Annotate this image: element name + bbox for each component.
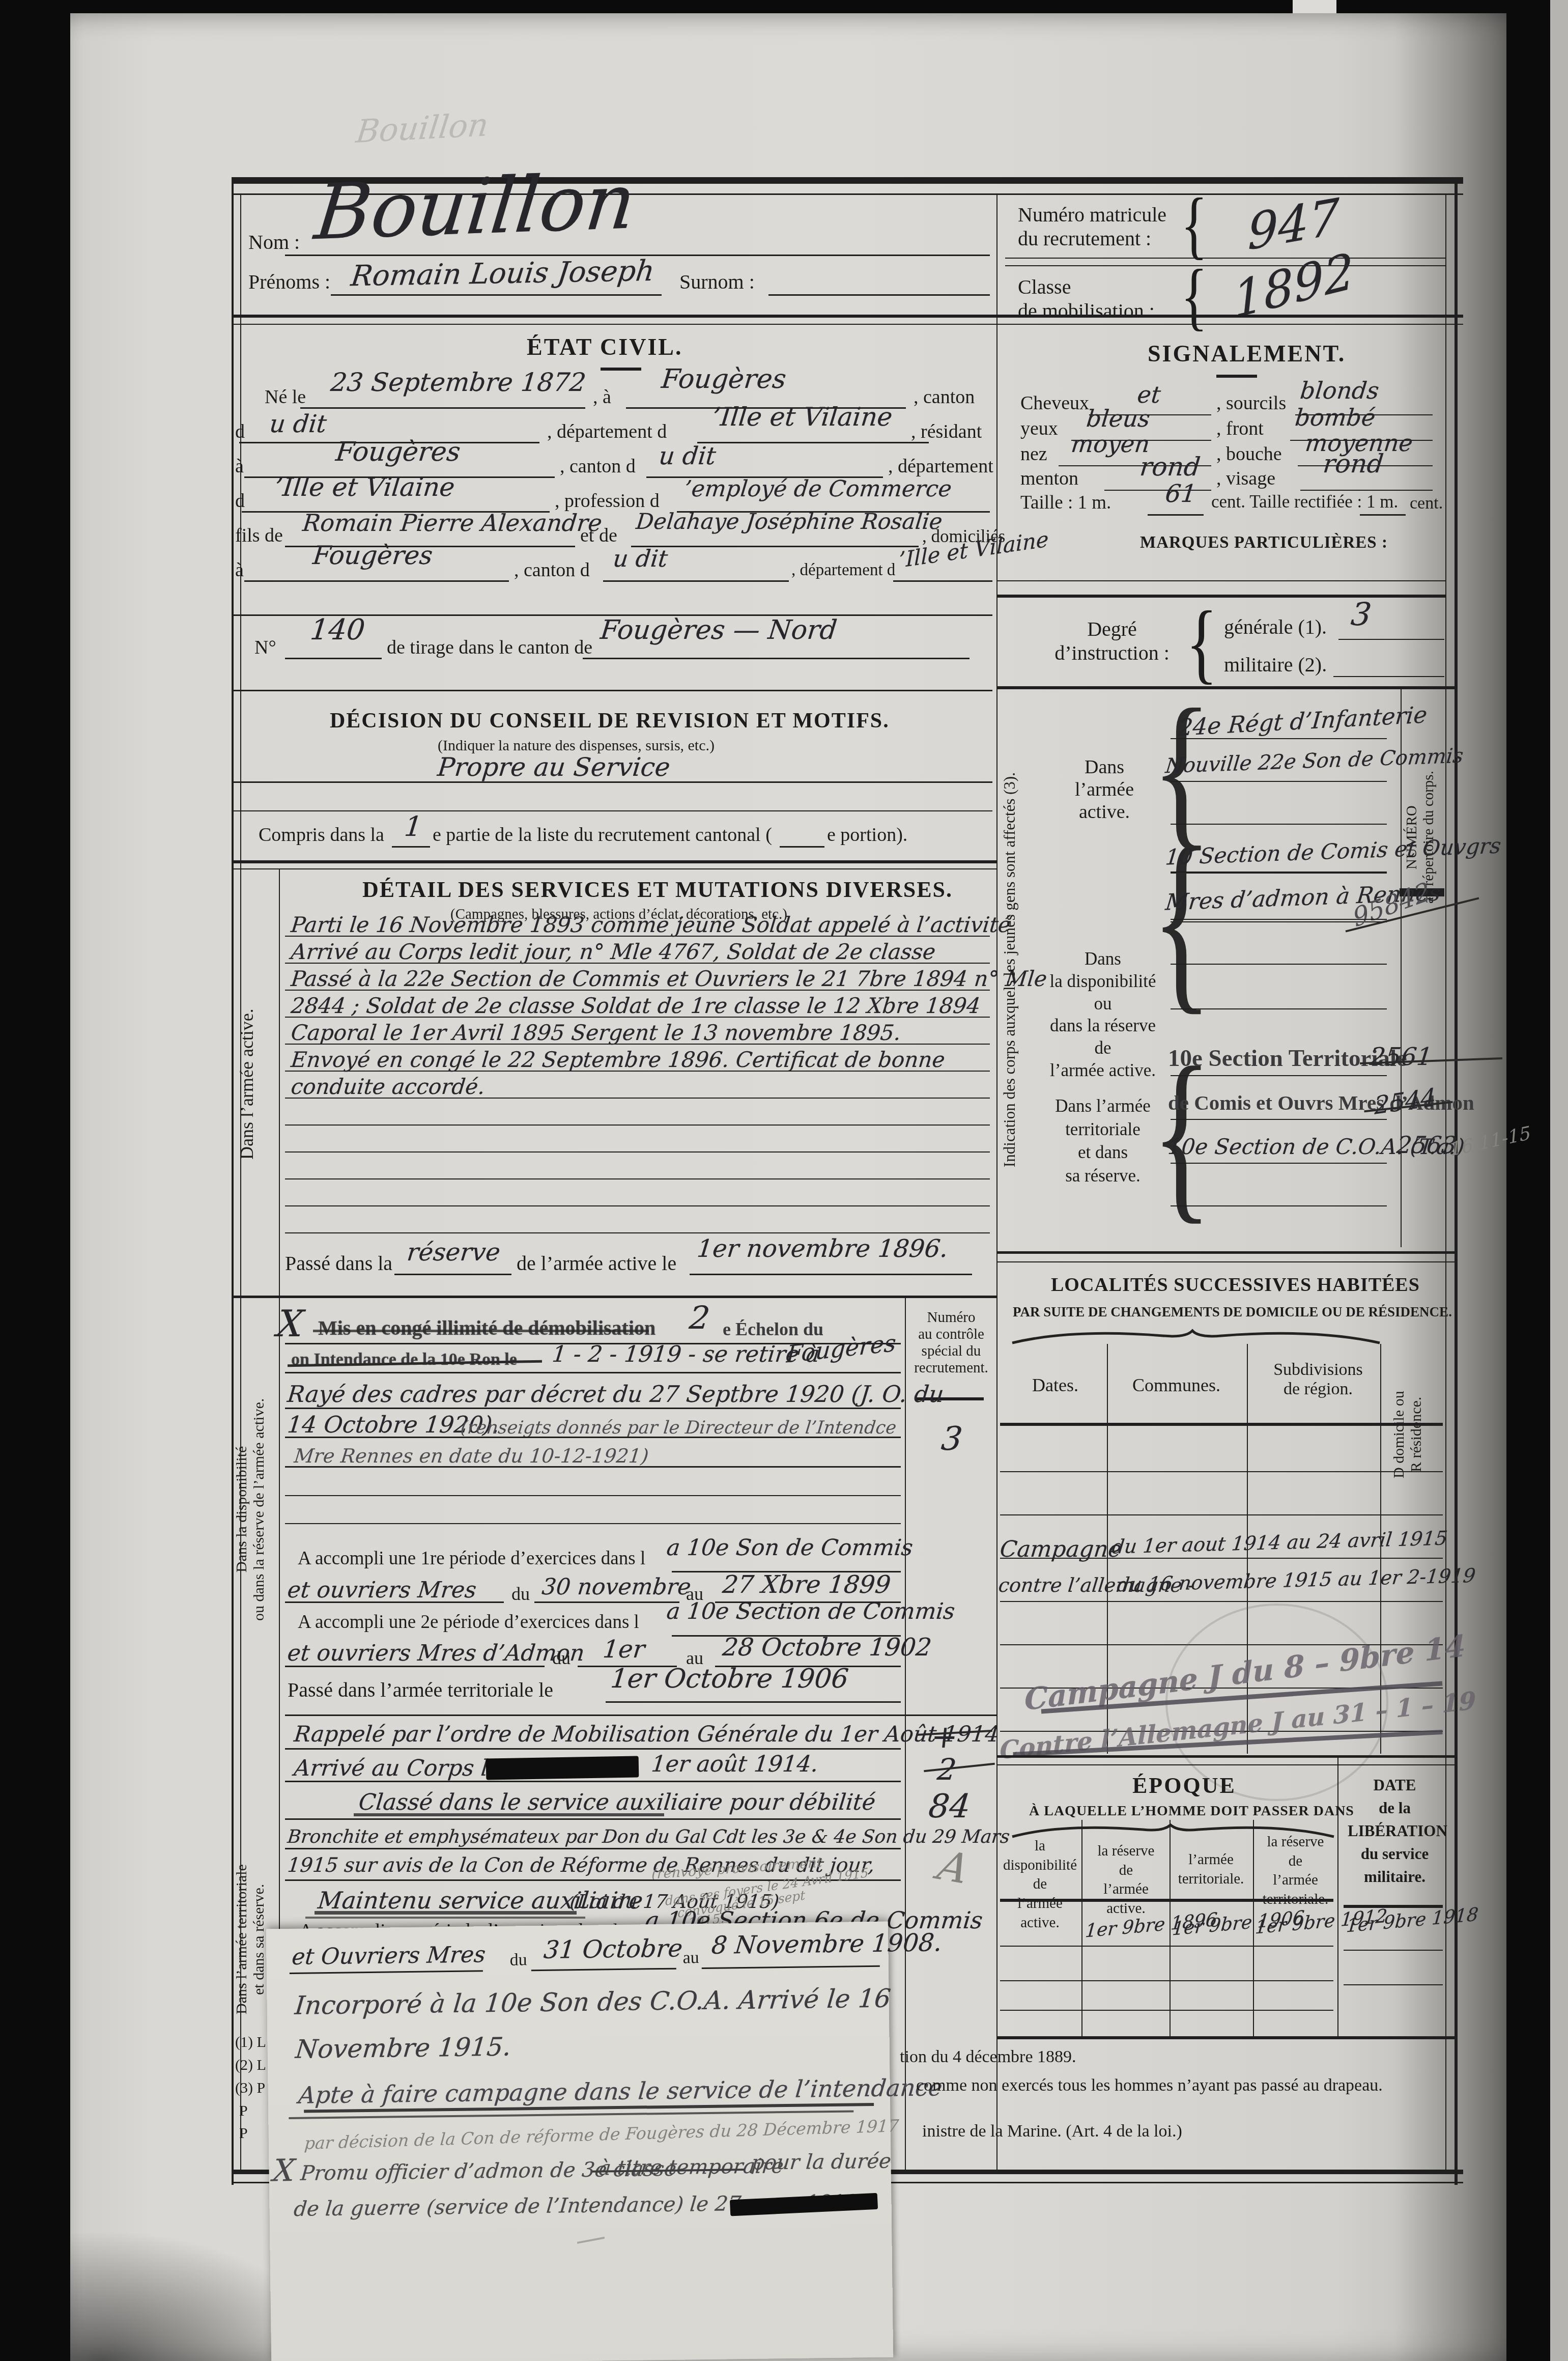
col-communes: Communes. bbox=[1132, 1374, 1220, 1396]
nez-value: moyen bbox=[1070, 430, 1151, 458]
raye-note2: Mre Rennes en date du 10-12-1921) bbox=[293, 1445, 650, 1467]
rule bbox=[285, 1178, 990, 1179]
sidebar-disponibilite: Dans la disponibilité ou dans la réserve… bbox=[233, 1313, 277, 1705]
du-label: du bbox=[509, 1950, 527, 1970]
dept-label: , département bbox=[888, 455, 993, 477]
main-divider bbox=[996, 325, 997, 2170]
classe-brace: { bbox=[1181, 252, 1208, 340]
passe-reserve-label: Passé dans la bbox=[285, 1251, 392, 1275]
rule bbox=[1171, 738, 1387, 739]
et-de-label: et de bbox=[580, 524, 617, 547]
nom-value: Bouillon bbox=[311, 157, 640, 258]
epoque-col1-label: la disponibilité de l’armée active. bbox=[1001, 1837, 1079, 1932]
rule bbox=[285, 658, 382, 659]
nez-label: nez bbox=[1020, 443, 1047, 465]
section-rule-thin bbox=[233, 868, 996, 869]
service-entry: Arrivé au Corps ledit jour, n° Mle 4767,… bbox=[290, 939, 936, 964]
etat-civil-title: ÉTAT CIVIL. bbox=[527, 333, 683, 360]
dept-label: , département d bbox=[547, 420, 667, 443]
periode2-label: A accompli une 2e période d’exercices da… bbox=[298, 1611, 639, 1633]
ne-le-label: Né le bbox=[265, 386, 306, 408]
rule bbox=[285, 1781, 901, 1782]
sourcils-label: , sourcils bbox=[1216, 392, 1286, 414]
service-entry: Parti le 16 Novembre 1893 comme jeune So… bbox=[290, 912, 1012, 937]
slip-line2: Incorporé à la 10e Son des C.O.A. Arrivé… bbox=[294, 1983, 892, 2020]
title-dash bbox=[1216, 375, 1257, 378]
rule bbox=[1000, 1980, 1333, 1981]
rule bbox=[285, 1818, 901, 1820]
section-rule-thick bbox=[233, 1296, 996, 1298]
armee-active-label: Dans l’armée active. bbox=[1048, 756, 1160, 823]
bouche-label: , bouche bbox=[1216, 443, 1282, 465]
footnote-left: (2) L bbox=[235, 2057, 266, 2074]
a-value: Fougères bbox=[334, 437, 462, 467]
periode2-value: a 10e Section de Commis bbox=[665, 1598, 956, 1624]
periode1-date1: 30 novembre bbox=[540, 1574, 692, 1600]
rule bbox=[285, 1495, 901, 1496]
rule-thick bbox=[997, 2036, 1455, 2039]
compris-label: Compris dans la bbox=[259, 824, 384, 846]
rule bbox=[893, 580, 992, 582]
disponibilite-label: Dans la disponibilité ou dans la réserve… bbox=[1044, 948, 1161, 1082]
front-label: , front bbox=[1216, 417, 1264, 440]
dept-value: ’Ille et Vilaine bbox=[711, 402, 894, 432]
periode1-date2: 27 Xbre 1899 bbox=[721, 1570, 892, 1599]
demob-stamp: Mis en congé illimité de démobilisation bbox=[318, 1316, 655, 1340]
rule bbox=[631, 546, 919, 547]
profession-value: ’employé de Commerce bbox=[683, 476, 953, 502]
intendance-stamp: on Intendance de la 10e Ron le bbox=[291, 1350, 517, 1369]
a-label: à bbox=[235, 559, 244, 581]
footnote-left: P bbox=[239, 2102, 248, 2120]
scanned-document: Bouillon Nom : Bouillon Prénoms : Romain… bbox=[0, 0, 1568, 2361]
page-top-notch bbox=[1293, 0, 1336, 13]
d-value: ’Ille et Vilaine bbox=[273, 472, 457, 502]
echelon-value: 2 bbox=[688, 1299, 711, 1336]
yeux-value: bleus bbox=[1085, 405, 1151, 432]
periode1-value: a 10e Son de Commis bbox=[665, 1535, 914, 1561]
tirage-label: de tirage dans le canton de bbox=[387, 636, 592, 659]
rule-thick bbox=[1344, 1905, 1443, 1908]
rule bbox=[1171, 1008, 1387, 1009]
rule bbox=[1344, 1984, 1443, 1985]
rule bbox=[997, 580, 1445, 581]
rule bbox=[285, 1232, 990, 1233]
rule bbox=[285, 1437, 901, 1438]
rule bbox=[331, 294, 662, 296]
col-divider bbox=[1081, 1820, 1082, 2037]
rule bbox=[290, 1970, 483, 1974]
rule bbox=[285, 1151, 990, 1153]
periode2-date1: 1er bbox=[602, 1635, 646, 1664]
taille-value: 61 bbox=[1164, 480, 1198, 508]
rule bbox=[285, 1601, 504, 1603]
campagne-label: Campagne bbox=[999, 1536, 1123, 1562]
rule bbox=[285, 1125, 990, 1126]
x-mark: X bbox=[275, 1302, 306, 1345]
territoriale-num1-struck: 2561 bbox=[1369, 1043, 1434, 1071]
dept-label: , département d bbox=[791, 561, 895, 580]
rule bbox=[1360, 514, 1406, 516]
rule bbox=[285, 1748, 901, 1750]
col-dates: Dates. bbox=[1032, 1374, 1078, 1396]
yeux-label: yeux bbox=[1020, 417, 1058, 440]
compris-label3: e portion). bbox=[827, 824, 907, 846]
footnote-right2: comme non exercés tous les hommes n’ayan… bbox=[916, 2076, 1383, 2095]
service-entry: Passé à la 22e Section de Commis et Ouvr… bbox=[290, 966, 1048, 991]
visage-value: rond bbox=[1322, 449, 1385, 479]
service-entry: 2844 ; Soldat de 2e classe Soldat de 1re… bbox=[290, 993, 981, 1018]
rule-gray bbox=[354, 1813, 664, 1816]
numero-tirage-label: N° bbox=[254, 636, 276, 659]
decision-subtitle: (Indiquer la nature des dispenses, sursi… bbox=[438, 737, 715, 754]
prenoms-value: Romain Louis Joseph bbox=[349, 255, 656, 293]
title-dash bbox=[601, 368, 641, 371]
retire-value: 1 - 2 - 1919 - se retire à bbox=[551, 1341, 821, 1367]
gutter-shadow bbox=[1394, 13, 1506, 2361]
rule bbox=[1333, 676, 1444, 677]
rule bbox=[285, 1372, 901, 1373]
rule bbox=[285, 1523, 901, 1524]
canton-label: , canton bbox=[914, 386, 975, 408]
raye-note: (renseigts donnés par le Directeur de l’… bbox=[460, 1418, 897, 1438]
epoque-title: ÉPOQUE bbox=[1132, 1773, 1236, 1798]
d-label: d bbox=[235, 420, 245, 443]
rule bbox=[285, 1408, 901, 1409]
footnote-left: (1) L bbox=[235, 2034, 266, 2051]
mere-value: Delahaye Joséphine Rosalie bbox=[635, 509, 944, 535]
rule-thick bbox=[1000, 1423, 1443, 1426]
rule bbox=[1000, 1471, 1443, 1472]
decision-value: Propre au Service bbox=[436, 752, 672, 782]
rule-thick bbox=[997, 595, 1445, 598]
surnom-label: Surnom : bbox=[679, 270, 755, 294]
brace-ornament bbox=[1010, 1328, 1382, 1346]
sidebar-armee-active: Dans l’armée active. bbox=[236, 906, 275, 1262]
passe-reserve-date: 1er novembre 1896. bbox=[696, 1234, 950, 1263]
canton-value: u dit bbox=[612, 545, 669, 572]
redaction-bar bbox=[486, 1756, 639, 1780]
fils-label: fils de bbox=[235, 524, 283, 547]
epoque-subtitle: À LAQUELLE L’HOMME DOIT PASSER DANS bbox=[1029, 1803, 1354, 1819]
rule bbox=[697, 442, 929, 443]
slip-line5: par décision de la Con de réforme de Fou… bbox=[304, 2116, 900, 2153]
rule-gray bbox=[305, 1917, 585, 1919]
generale-label: générale (1). bbox=[1224, 615, 1327, 639]
rule bbox=[531, 1968, 676, 1971]
decision-title: DÉCISION DU CONSEIL DE REVISION ET MOTIF… bbox=[330, 709, 890, 733]
adjacent-page-edge bbox=[1550, 0, 1568, 2361]
service-entry: conduite accordé. bbox=[290, 1074, 486, 1099]
rule bbox=[285, 1714, 996, 1716]
territoriale-num3: 2563 bbox=[1395, 1131, 1458, 1159]
rule bbox=[1171, 781, 1387, 782]
a-value: Fougères bbox=[311, 541, 434, 570]
residant-label: , résidant bbox=[911, 420, 982, 443]
rule bbox=[233, 690, 992, 691]
localites-subtitle: PAR SUITE DE CHANGEMENTS DE DOMICILE OU … bbox=[1013, 1304, 1452, 1320]
service-entry: Caporal le 1er Avril 1895 Sergent le 13 … bbox=[290, 1020, 902, 1045]
frame-right-inner bbox=[1445, 193, 1446, 2174]
rule bbox=[534, 1601, 679, 1603]
footnote-right1: tion du 4 décembre 1889. bbox=[900, 2047, 1076, 2067]
rule bbox=[233, 810, 992, 811]
prenoms-label: Prénoms : bbox=[248, 270, 330, 294]
footnote-left: P bbox=[239, 2125, 248, 2142]
attached-slip: et Ouvriers Mres du 31 Octobre au 8 Nove… bbox=[266, 1922, 893, 2361]
rule bbox=[1171, 1075, 1387, 1076]
passe-territoriale-label: Passé dans l’armée territoriale le bbox=[288, 1678, 553, 1702]
section-rule-thin bbox=[997, 1261, 1455, 1262]
rule bbox=[233, 781, 992, 783]
rule bbox=[244, 580, 509, 582]
rule bbox=[285, 1466, 901, 1468]
cheveux-label: Cheveux bbox=[1020, 392, 1089, 414]
rule bbox=[1000, 2010, 1333, 2011]
a-label: , à bbox=[593, 386, 611, 408]
taille-label: Taille : 1 m. bbox=[1020, 492, 1111, 514]
rappele-line: Rappelé par l’ordre de Mobilisation Géné… bbox=[293, 1722, 1000, 1747]
footnote-left: (3) P bbox=[235, 2079, 265, 2097]
service-auxiliaire-line: Classé dans le service auxiliaire pour d… bbox=[357, 1789, 876, 1815]
frame-right bbox=[1455, 177, 1458, 2185]
section-rule-thick bbox=[997, 1251, 1455, 1254]
d-value: u dit bbox=[268, 410, 328, 438]
rule bbox=[394, 1274, 511, 1275]
slip-line3: Novembre 1915. bbox=[294, 2032, 512, 2064]
rule bbox=[1000, 1601, 1443, 1602]
header-divider bbox=[996, 193, 997, 325]
arrive-corps-label: Arrivé au Corps le bbox=[293, 1755, 503, 1781]
controle-value: 3 bbox=[939, 1420, 964, 1458]
rule bbox=[690, 1274, 972, 1275]
section-rule-thick bbox=[232, 315, 1463, 318]
canton-label: , canton d bbox=[560, 455, 636, 477]
visage-label: , visage bbox=[1216, 467, 1275, 490]
cent-label: cent. bbox=[1410, 494, 1443, 513]
compris-value: 1 bbox=[403, 810, 424, 842]
rule bbox=[606, 1701, 901, 1703]
front-value: bombé bbox=[1294, 404, 1377, 431]
territoriale-label: Dans l’armée territoriale et dans sa rés… bbox=[1044, 1094, 1161, 1187]
slip-date1: 31 Octobre bbox=[543, 1934, 684, 1964]
degre-label: Degré d’instruction : bbox=[1048, 617, 1176, 665]
section-rule-thick bbox=[997, 1755, 1455, 1758]
rule bbox=[780, 846, 824, 848]
rule bbox=[1171, 1205, 1387, 1206]
rule-gray bbox=[315, 1911, 577, 1915]
rule bbox=[1005, 265, 1445, 266]
rule bbox=[1171, 964, 1387, 965]
col-subdivisions: Subdivisions de région. bbox=[1262, 1360, 1374, 1399]
rule bbox=[702, 1965, 880, 1969]
section-rule-thick bbox=[233, 860, 996, 863]
col-domicile-residence: D domicile ou R résidence. bbox=[1390, 1348, 1433, 1521]
rule bbox=[1171, 919, 1387, 920]
date-col-divider bbox=[1337, 1757, 1338, 2037]
numero-corps-divider bbox=[1401, 689, 1402, 1247]
strike bbox=[313, 1330, 649, 1332]
date-liberation-label: DATE de la LIBÉRATION du service militai… bbox=[1348, 1774, 1442, 1889]
ne-le-value: 23 Septembre 1872 bbox=[329, 368, 587, 397]
sourcils-value: blonds bbox=[1299, 377, 1380, 404]
periode2-date2: 28 Octobre 1902 bbox=[721, 1633, 933, 1662]
localites-title: LOCALITÉS SUCCESSIVES HABITÉES bbox=[1051, 1274, 1420, 1296]
a-value: Fougères bbox=[660, 364, 788, 395]
epoque-col4-label: la réserve de l’armée territoriale. bbox=[1256, 1833, 1335, 1909]
rule bbox=[1171, 1163, 1387, 1164]
controle-number: 84 bbox=[927, 1788, 972, 1825]
compris-label2: e partie de la liste du recrutement cant… bbox=[433, 824, 772, 846]
rule bbox=[1300, 490, 1433, 491]
du-label: du bbox=[511, 1583, 530, 1605]
rule bbox=[285, 1666, 545, 1667]
rule bbox=[1148, 514, 1204, 516]
canton-value: u dit bbox=[658, 442, 717, 470]
militaire-label: militaire (2). bbox=[1224, 653, 1327, 677]
pencil-name-top: Bouillon bbox=[354, 106, 491, 150]
nom-label: Nom : bbox=[248, 230, 300, 254]
marques-label: MARQUES PARTICULIÈRES : bbox=[1140, 533, 1388, 552]
passe-reserve-value: réserve bbox=[406, 1238, 502, 1267]
rule bbox=[1344, 1950, 1443, 1951]
rule-thick bbox=[1000, 1899, 1333, 1902]
service-entry: Envoyé en congé le 22 Septembre 1896. Ce… bbox=[290, 1047, 946, 1072]
epoque-col3-label: l’armée territoriale. bbox=[1172, 1850, 1250, 1889]
tirage-value: Fougères — Nord bbox=[599, 615, 839, 645]
section-rule-thin bbox=[232, 324, 1463, 325]
sidebar-indication-corps: Indication des corps auxquels les jeunes… bbox=[1001, 695, 1037, 1245]
rule bbox=[1171, 872, 1387, 873]
slip-date2: 8 Novembre 1908. bbox=[710, 1928, 944, 1960]
slip-line6c: pour la durée bbox=[750, 2149, 892, 2174]
menton-label: menton bbox=[1020, 467, 1078, 490]
x-mark: X bbox=[271, 2153, 296, 2189]
matricule-label: Numéro matricule du recrutement : bbox=[1018, 203, 1186, 250]
rule bbox=[603, 580, 789, 582]
fils-value: Romain Pierre Alexandre bbox=[301, 509, 604, 537]
rule bbox=[392, 846, 430, 848]
rule bbox=[768, 294, 990, 296]
passe-territoriale-date: 1er Octobre 1906 bbox=[609, 1664, 850, 1694]
rule bbox=[583, 658, 970, 659]
menton-value: rond bbox=[1138, 452, 1202, 482]
numero-tirage-value: 140 bbox=[309, 613, 367, 647]
periode1-value2: et ouvriers Mres bbox=[286, 1577, 477, 1603]
rule bbox=[285, 1205, 990, 1206]
rule-thick bbox=[997, 686, 1455, 689]
slip-line1: et Ouvriers Mres bbox=[291, 1942, 487, 1970]
canton-label: , canton d bbox=[514, 559, 590, 581]
a-label: à bbox=[235, 455, 244, 477]
controle-title: Numéro au contrôle spécial du recrutemen… bbox=[910, 1309, 992, 1376]
raye-line1: Rayé des cadres par décret du 27 Septbre… bbox=[286, 1381, 945, 1408]
periode2-value2: et ouvriers Mres d’Admon bbox=[286, 1640, 586, 1666]
periode1-label: A accompli une 1re période d’exercices d… bbox=[298, 1548, 645, 1569]
services-title: DÉTAIL DES SERVICES ET MUTATIONS DIVERSE… bbox=[362, 877, 953, 903]
bronchite-line: Bronchite et emphysémateux par Don du Ga… bbox=[287, 1826, 1011, 1847]
du-label: du bbox=[552, 1647, 571, 1669]
rule bbox=[1171, 1119, 1387, 1120]
taille-rectifiee-label: cent. Taille rectifiée : 1 m. bbox=[1211, 492, 1398, 512]
epoque-col2-label: la réserve de l’armée active. bbox=[1084, 1842, 1168, 1919]
footnote-right3: inistre de la Marine. (Art. 4 de la loi.… bbox=[922, 2122, 1182, 2141]
rule bbox=[1000, 1514, 1443, 1515]
rule bbox=[300, 407, 585, 409]
section-rule-thin bbox=[997, 1764, 1455, 1765]
rule bbox=[1000, 1946, 1333, 1947]
signalement-title: SIGNALEMENT. bbox=[1148, 340, 1346, 367]
d-label: d bbox=[235, 490, 245, 512]
passe-reserve-label2: de l’armée active le bbox=[517, 1251, 676, 1275]
signature-scribble: — bbox=[572, 2218, 609, 2259]
au-label: au bbox=[682, 1948, 699, 1967]
arrive-corps-date: 1er août 1914. bbox=[650, 1751, 819, 1777]
rule bbox=[1338, 639, 1444, 640]
echelon-stamp: e Échelon du bbox=[723, 1318, 823, 1340]
rule bbox=[1005, 258, 1445, 259]
cheveux-value: et bbox=[1136, 381, 1162, 408]
rule bbox=[285, 1848, 901, 1849]
generale-value: 3 bbox=[1349, 596, 1373, 633]
